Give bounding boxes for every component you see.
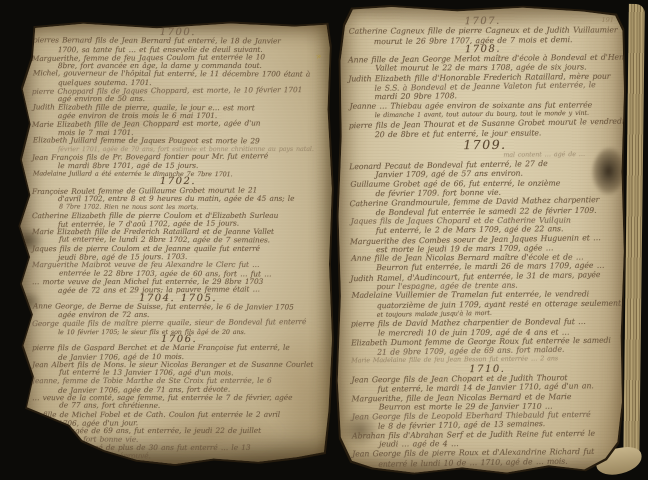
right-page: 191 1707.Catherine Cagneux fille de pier…	[334, 5, 636, 478]
register-line: fut enterré le 13 Janvier 1706, agé d'un…	[33, 369, 325, 379]
register-line: de 77 ans, fort chrétienne.	[33, 402, 325, 412]
margin-mark-icon: ∿	[38, 448, 46, 458]
register-line: Catherine Cagneux fille de pierre Cagneu…	[349, 26, 619, 37]
register-line: Madelaine Juillard a été enterrée le dim…	[33, 169, 325, 179]
register-line: de Janvier 1706, agée de 71 ans, fort dé…	[32, 385, 324, 395]
right-page-text: 1707.Catherine Cagneux fille de pierre C…	[334, 5, 636, 478]
register-line: 8 7bre 1702. Rien ne nous sont les morts…	[33, 203, 325, 213]
register-line: le mercredi 10 de juin 1709, agé de 4 an…	[352, 327, 622, 338]
register-line: Anne fille de Jean Nicolas Bernard maîtr…	[351, 252, 621, 263]
register-line: de Janvier 1706, agé de 10 mois.	[32, 352, 324, 362]
register-line: Anne George, de Berne de Suisse, fut ent…	[33, 302, 325, 312]
left-page-text: 1700.pierres Bernard fils de Jean Bernar…	[14, 22, 334, 464]
register-line: pierres Bernard fils de Jean Bernard fut…	[33, 37, 325, 47]
register-line: Judith Elizabeth fille de pierre, quaile…	[33, 103, 325, 113]
register-line: Guillaume Grobet agé de 66, fut enterré,…	[350, 178, 620, 189]
register-line: Jaques fils de Jaques Chopard et de Cath…	[351, 215, 621, 226]
register-line: 1706.	[33, 335, 325, 345]
register-line: fut enterrée, le 7 d'aoû 1702, agée de 1…	[32, 219, 324, 229]
register-line: Jeanne … Thiebau agée environ de soixant…	[350, 100, 620, 111]
register-line: jeudi … agé de 4 …	[353, 438, 623, 449]
register-line: 1710.	[352, 364, 622, 375]
register-line: Madelaine Vuillemier de Tramelan fut ent…	[352, 290, 622, 301]
register-line: Françoise Roulet femme de Guillaume Grob…	[32, 186, 324, 196]
book-page-stack-edge	[623, 4, 645, 470]
left-page: 1700.pierres Bernard fils de Jean Bernar…	[13, 21, 335, 465]
register-line: enterrée le 22 8bre 1703, agée de 60 ans…	[33, 269, 325, 279]
register-line: Beurron est morte le 29 de Janvier 1710 …	[353, 401, 623, 412]
